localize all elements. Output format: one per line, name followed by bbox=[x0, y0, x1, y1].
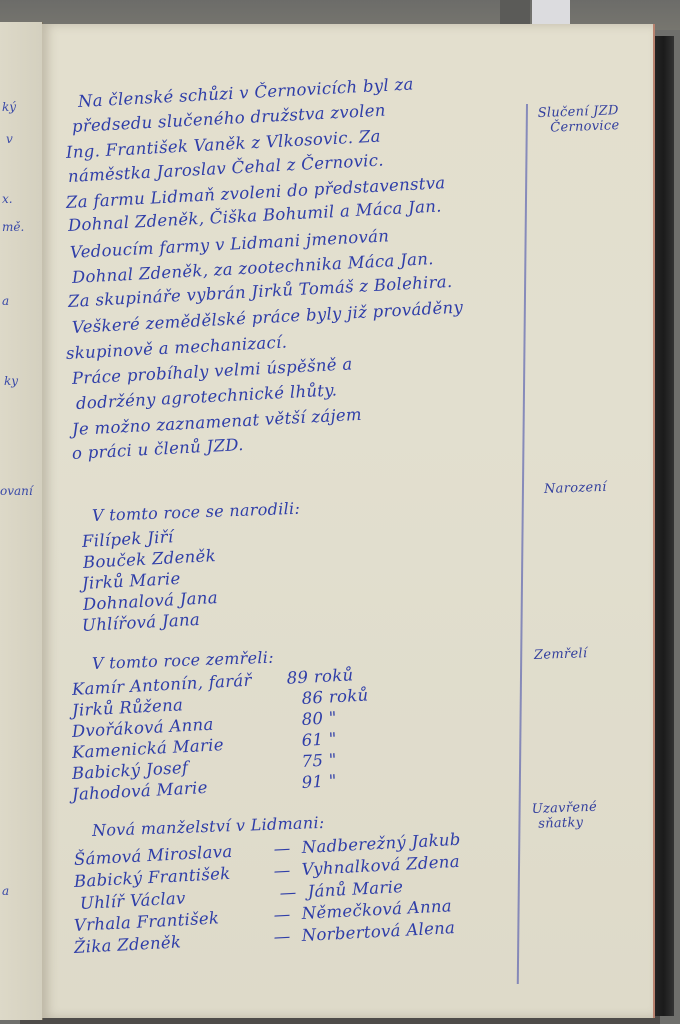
deaths-heading: V tomto roce zemřeli: bbox=[92, 648, 274, 673]
margin-note-line: Černovice bbox=[550, 118, 620, 135]
margin-note-marriages: Uzavřené sňatky bbox=[531, 800, 597, 832]
chronicle-page: Slučení JZD Černovice Narození Zemřelí U… bbox=[42, 24, 655, 1018]
left-page-fragment: v bbox=[6, 132, 13, 146]
background-object bbox=[500, 0, 530, 26]
birth-entry: Jirků Marie bbox=[82, 569, 181, 593]
death-name: Kamír Antonín, farář bbox=[72, 671, 253, 699]
death-age: 89 roků bbox=[286, 665, 354, 687]
marriage-first-name: Žika Zdeněk bbox=[74, 932, 182, 957]
left-page-fragment: ky bbox=[4, 374, 18, 388]
marriages-heading: Nová manželství v Lidmani: bbox=[92, 813, 325, 840]
marriage-partner-name: Jánů Marie bbox=[307, 877, 403, 901]
margin-note-births: Narození bbox=[544, 480, 607, 497]
marriage-first-name: Vrhala František bbox=[74, 908, 220, 935]
death-age: 80 " bbox=[301, 708, 337, 729]
left-page-fragment: x. bbox=[2, 192, 13, 206]
main-text-line: o práci u členů JZD. bbox=[72, 435, 245, 463]
marriage-separator: — bbox=[273, 927, 291, 947]
margin-note-line: sňatky bbox=[538, 815, 598, 832]
left-page-edge: ký v x. mě. a ky ovaní a bbox=[0, 22, 43, 1020]
marriage-first-name: Uhlíř Václav bbox=[80, 888, 187, 913]
birth-entry: Uhlířová Jana bbox=[82, 610, 201, 635]
marriage-entry: Babický František—Vyhnalková Zdena bbox=[74, 864, 231, 891]
left-page-fragment: ovaní bbox=[0, 484, 33, 498]
left-page-fragment: mě. bbox=[2, 220, 24, 234]
birth-entry: Filípek Jiří bbox=[82, 527, 174, 551]
left-page-fragment: ký bbox=[2, 100, 16, 114]
death-age: 86 roků bbox=[301, 685, 369, 707]
left-page-fragment: a bbox=[2, 884, 9, 898]
death-age: 91 " bbox=[301, 771, 337, 792]
margin-rule bbox=[517, 104, 528, 984]
death-age: 75 " bbox=[301, 750, 337, 771]
births-heading: V tomto roce se narodili: bbox=[92, 499, 301, 525]
left-page-fragment: a bbox=[2, 294, 9, 308]
death-entry: Kamír Antonín, farář89 roků bbox=[72, 671, 253, 699]
margin-note-line: Zemřelí bbox=[534, 646, 588, 663]
marriage-entry: Uhlíř Václav—Jánů Marie bbox=[80, 888, 187, 913]
marriage-separator: — bbox=[273, 839, 291, 859]
marriage-first-name: Babický František bbox=[74, 864, 231, 891]
marriage-separator: — bbox=[273, 861, 291, 881]
margin-note-line: Narození bbox=[544, 480, 607, 497]
marriage-partner-name: Norbertová Alena bbox=[301, 918, 455, 945]
marriage-entry: Vrhala František—Němečková Anna bbox=[74, 908, 220, 935]
marriage-separator: — bbox=[273, 905, 291, 925]
margin-note-line: Uzavřené bbox=[531, 800, 597, 817]
marriage-separator: — bbox=[279, 883, 297, 903]
marriage-partner-name: Vyhnalková Zdena bbox=[301, 852, 460, 879]
birth-entry: Bouček Zdeněk bbox=[83, 546, 217, 572]
marriage-entry: Žika Zdeněk—Norbertová Alena bbox=[74, 932, 182, 957]
margin-note-deaths: Zemřelí bbox=[534, 646, 588, 663]
paper-bookmark bbox=[532, 0, 570, 26]
margin-note-merger: Slučení JZD Černovice bbox=[537, 103, 619, 136]
death-age: 61 " bbox=[301, 729, 337, 750]
